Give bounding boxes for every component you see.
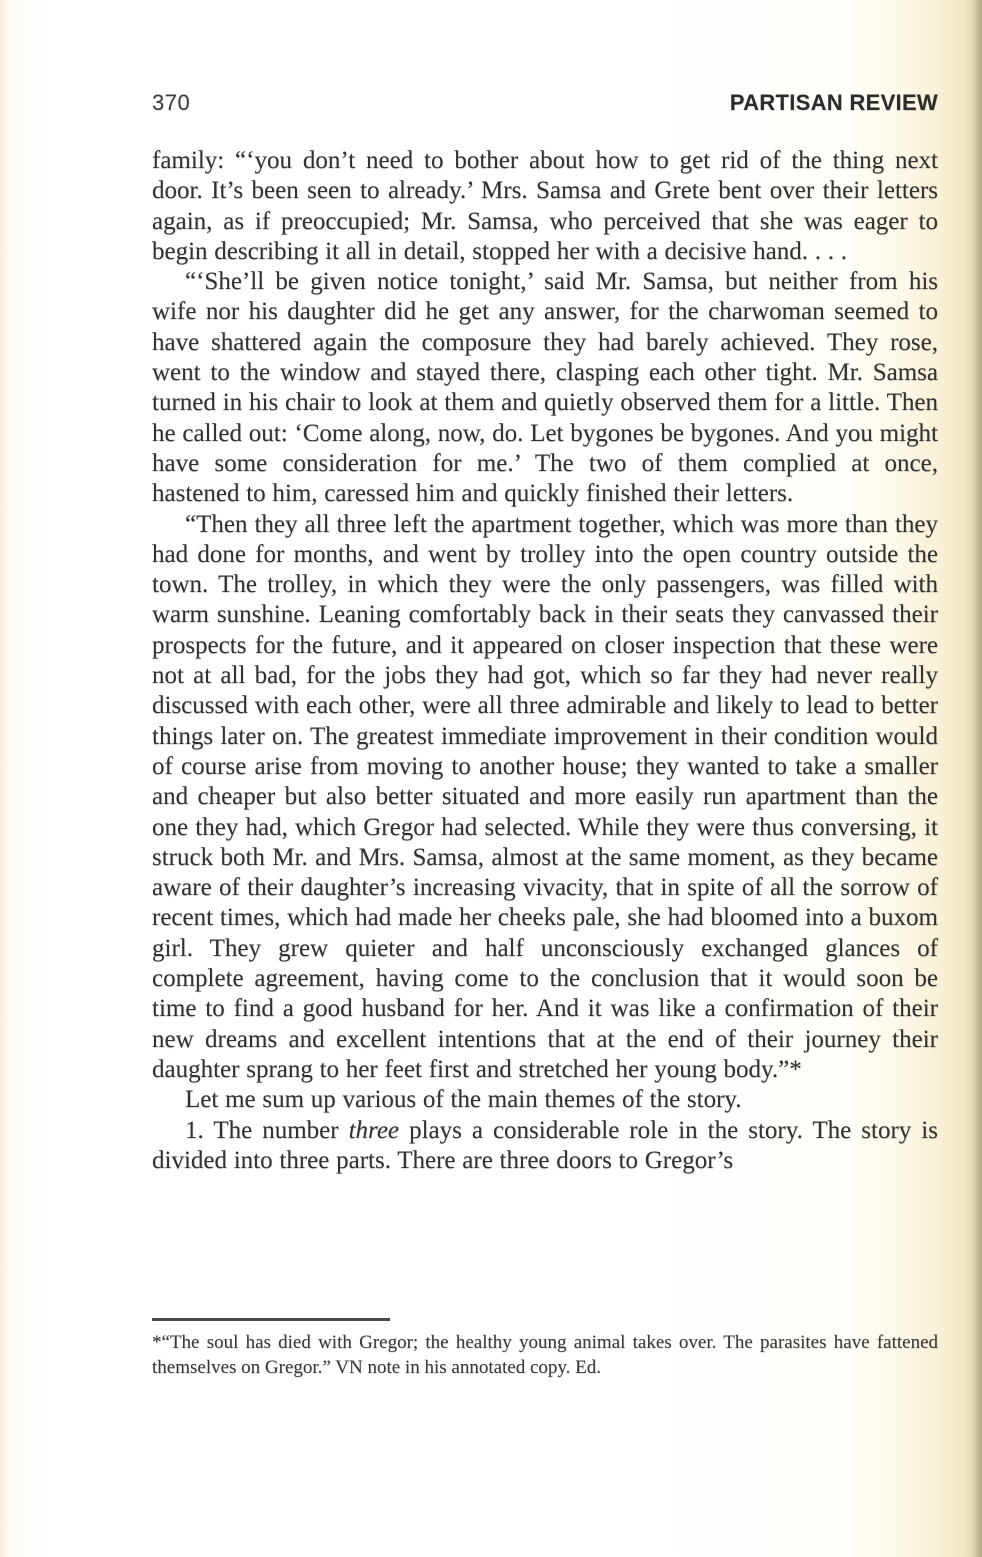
body-text: family: “‘you don’t need to bother about… — [152, 146, 938, 1176]
footnote: *“The soul has died with Gregor; the hea… — [152, 1330, 938, 1380]
paragraph-quote-trolley: “Then they all three left the apartment … — [152, 510, 938, 1086]
paragraph-theme-three: 1. The number three plays a considerable… — [152, 1116, 938, 1177]
journal-title: PARTISAN REVIEW — [730, 90, 938, 116]
footnote-rule — [152, 1318, 390, 1321]
theme-three-pre: 1. The number — [185, 1117, 349, 1144]
page-scan: 370 PARTISAN REVIEW family: “‘you don’t … — [0, 0, 982, 1557]
paragraph-sum-up: Let me sum up various of the main themes… — [152, 1085, 938, 1115]
page-number: 370 — [152, 90, 190, 116]
scanned-book-page: { "page": { "number": "370", "journal": … — [0, 0, 982, 1557]
page-edge-shadow — [972, 0, 982, 1557]
running-header: 370 PARTISAN REVIEW — [152, 90, 938, 116]
theme-three-italic-word: three — [349, 1117, 399, 1144]
paragraph-quote-notice: “‘She’ll be given notice tonight,’ said … — [152, 267, 938, 509]
paragraph-quote-continuation: family: “‘you don’t need to bother about… — [152, 146, 938, 267]
